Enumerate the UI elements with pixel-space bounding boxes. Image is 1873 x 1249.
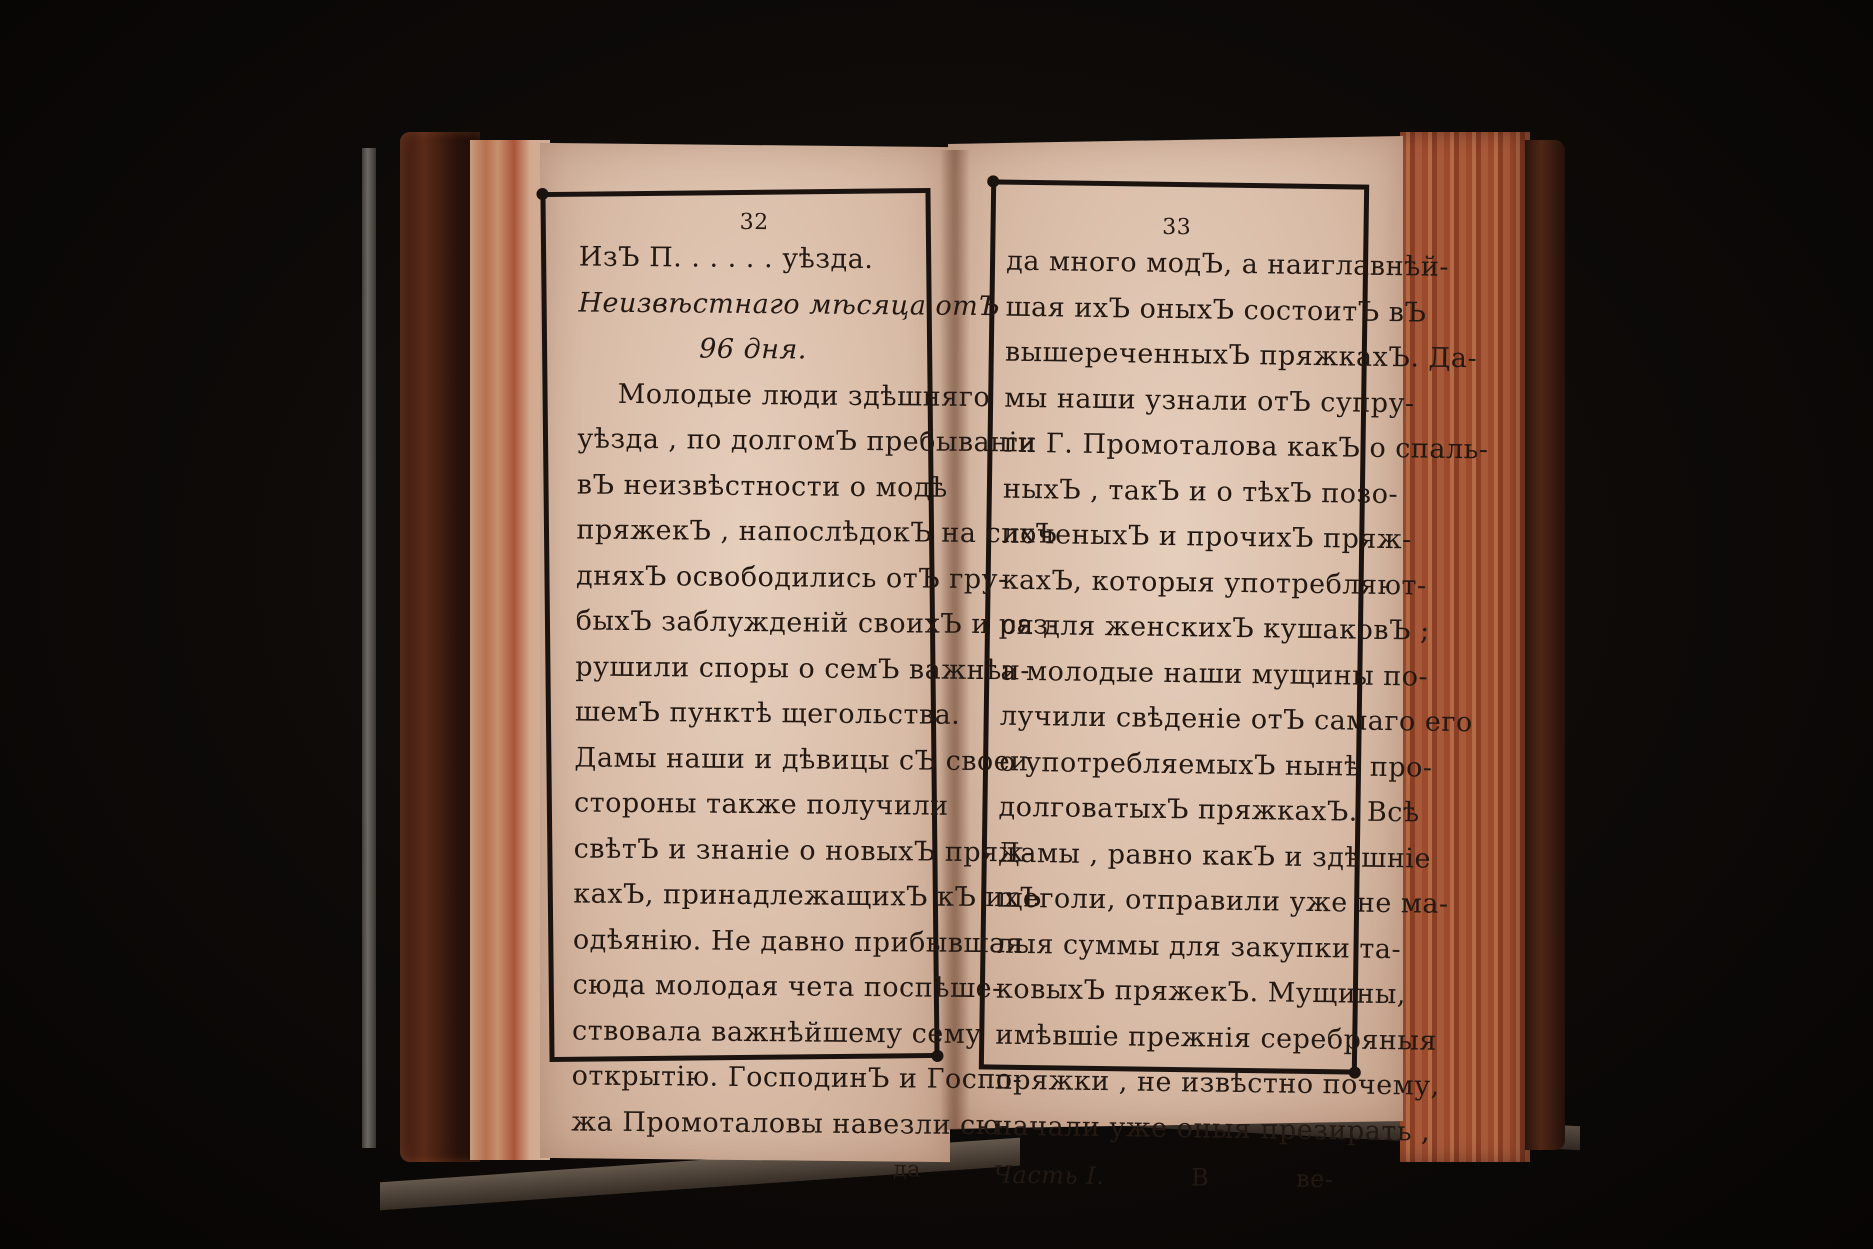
- text-line: свѣтЪ и знаніе о новыхЪ пряж-: [574, 826, 924, 875]
- text-line: быхЪ заблужденій своихЪ и раз-: [575, 598, 925, 647]
- text-line: жа Промоталовы навезли сю-: [571, 1099, 921, 1148]
- text-line: щеголи, отправили уже не ма-: [997, 876, 1338, 926]
- text-line: Дамы , равно какЪ и здѣшніе: [998, 830, 1339, 880]
- page-header: ИзЪ П. . . . . . уѣзда.: [579, 234, 929, 283]
- text-line: шемЪ пунктѣ щегольства.: [575, 689, 925, 738]
- text-line: стороны также получили: [574, 780, 924, 829]
- text-line: мы наши узнали отЪ супру-: [1004, 375, 1345, 425]
- subheading-date: 96 дня.: [578, 325, 928, 374]
- text-line: а молодые наши мущины по-: [1000, 648, 1341, 698]
- right-page-text: 33 да много модЪ, а наиглавнѣй- шая ихЪ …: [993, 213, 1347, 1203]
- text-line: ствовала важнѣйшему сему: [572, 1008, 922, 1057]
- page-number: 32: [579, 208, 929, 237]
- volume-part: Часть I.: [993, 1153, 1104, 1200]
- text-line: ся для женскихЪ кушаковЪ ;: [1001, 603, 1342, 653]
- text-line: Дамы наши и дѣвицы сЪ своеи: [574, 735, 924, 784]
- text-line: сюда молодая чета поспѣше-: [572, 962, 922, 1011]
- text-line: рушили споры о семЪ важнѣи-: [575, 644, 925, 693]
- text-line: уѣзда , по долгомЪ пребываніи: [577, 416, 927, 465]
- text-line: вЪ неизвѣстности о модѣ: [577, 462, 927, 511]
- page-footer: Часть I. В ве-: [993, 1153, 1334, 1203]
- text-line: дняхЪ освободились отЪ гру-: [576, 553, 926, 602]
- text-line: вышереченныхЪ пряжкахЪ. Да-: [1005, 330, 1346, 380]
- text-line: ги Г. Промоталова какЪ о спаль-: [1003, 421, 1344, 471]
- text-line: лучили свѣденіе отЪ самаго его: [1000, 694, 1341, 744]
- text-line: долговатыхЪ пряжкахЪ. Всѣ: [998, 785, 1339, 835]
- page-edges-left: [470, 140, 550, 1160]
- text-line: лыя суммы для закупки та-: [996, 921, 1337, 971]
- text-line: ныхЪ , такЪ и о тѣхЪ позо-: [1003, 466, 1344, 516]
- text-line: имѣвшіе прежнія серебряныя: [995, 1012, 1336, 1062]
- subheading: Неизвѣстнаго мѣсяца отЪ: [578, 280, 928, 329]
- book-cover-right: [1525, 140, 1565, 1150]
- text-line: о употребляемыхЪ нынѣ про-: [999, 739, 1340, 789]
- text-line: да много модЪ, а наиглавнѣй-: [1006, 239, 1347, 289]
- display-stand: [362, 148, 376, 1148]
- book-cover-left: [400, 132, 480, 1162]
- text-line: шая ихЪ оныхЪ состоитЪ вЪ: [1005, 284, 1346, 334]
- text-line: одѣянію. Не давно прибывшая: [573, 917, 923, 966]
- catchword: ве-: [1296, 1157, 1334, 1203]
- catchword: да: [571, 1144, 921, 1193]
- text-line: открытію. ГосподинЪ и Госпо-: [572, 1053, 922, 1102]
- text-line: пряжекЪ , напослѣдокЪ на сихЪ: [576, 507, 926, 556]
- page-edges-right: [1400, 132, 1530, 1162]
- left-page-text: 32 ИзЪ П. . . . . . уѣзда. Неизвѣстнаго …: [571, 208, 930, 1193]
- text-line: лоченыхЪ и прочихЪ пряж-: [1002, 512, 1343, 562]
- text-line: кахЪ, принадлежащихЪ кЪ ихЪ: [573, 871, 923, 920]
- signature-mark: В: [1191, 1155, 1210, 1201]
- text-line: пряжки , не извѣстно почему,: [994, 1058, 1335, 1108]
- text-line: кахЪ, которыя употребляют-: [1001, 557, 1342, 607]
- text-line: ковыхЪ пряжекЪ. Мущины,: [996, 967, 1337, 1017]
- text-line: Молодые люди здѣшняго: [577, 371, 927, 420]
- text-line: начали уже оныя презирать ,: [994, 1103, 1335, 1153]
